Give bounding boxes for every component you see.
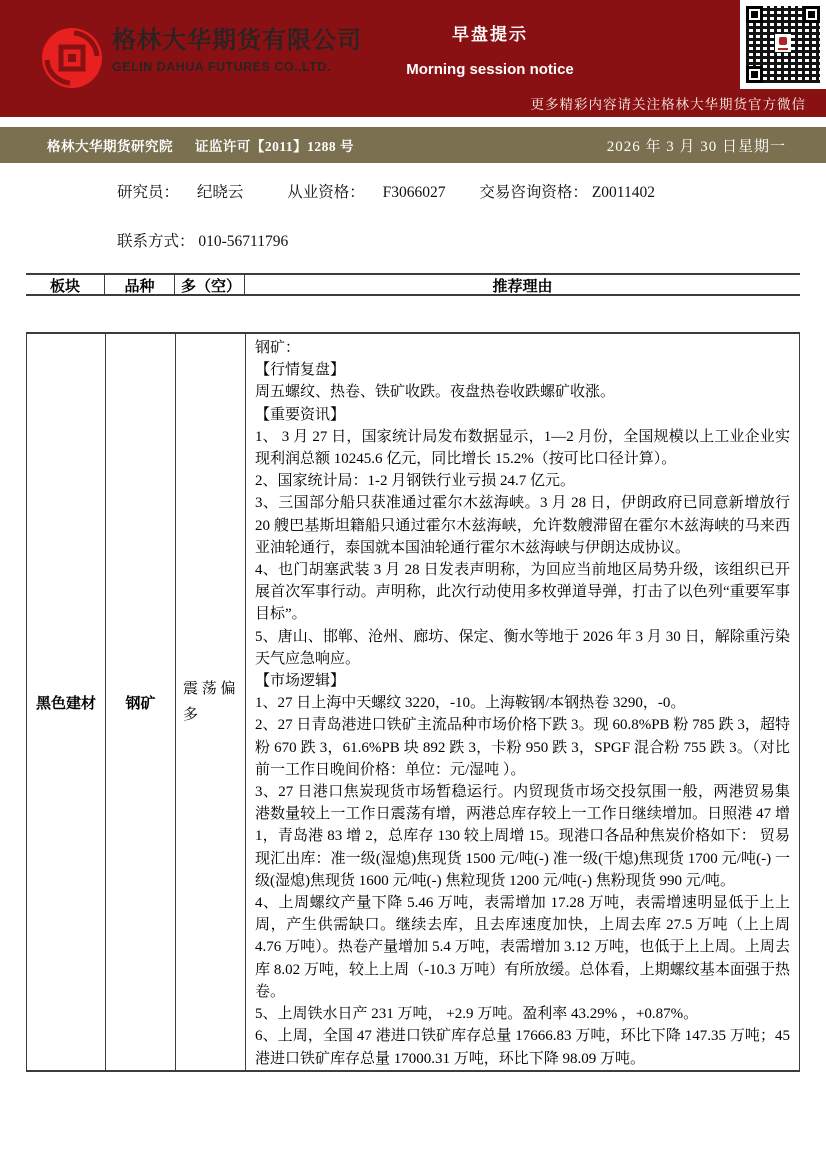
reason-paragraph: 2、国家统计局：1-2 月钢铁行业亏损 24.7 亿元。 (255, 470, 790, 492)
position-cell: 震 荡 偏 多 (176, 334, 246, 1070)
report-date: 2026 年 3 月 30 日星期一 (607, 135, 826, 156)
advisory-label: 交易咨询资格： (479, 180, 588, 202)
contact-row: 联系方式： 010-56711796 (117, 229, 655, 251)
qualification-label: 从业资格： (287, 180, 365, 202)
company-name-en: GELIN DAHUA FUTURES CO.,LTD. (112, 59, 362, 75)
reason-paragraph: 钢矿： (255, 337, 790, 359)
reason-paragraph: 1、 3 月 27 日，国家统计局发布数据显示，1—2 月份，全国规模以上工业企… (255, 426, 790, 470)
reason-paragraph: 【重要资讯】 (255, 404, 790, 426)
reason-paragraph: 4、上周螺纹产量下降 5.46 万吨，表需增加 17.28 万吨，表需增速明显低… (255, 892, 790, 1003)
company-name-cn: 格林大华期货有限公司 (112, 26, 362, 56)
reason-paragraph: 【市场逻辑】 (255, 670, 790, 692)
column-header-reason: 推荐理由 (245, 275, 800, 296)
table-row: 黑色建材 钢矿 震 荡 偏 多 钢矿： 【行情复盘】 周五螺纹、热卷、铁矿收跌。… (26, 332, 800, 1072)
institute-name: 格林大华期货研究院 (47, 139, 173, 154)
researcher-label: 研究员： (117, 180, 179, 202)
reason-paragraph: 1、27 日上海中天螺纹 3220，-10。上海鞍钢/本钢热卷 3290，-0。 (255, 692, 790, 714)
advisory-number: Z0011402 (592, 184, 655, 202)
qualification-number: F3066027 (383, 184, 446, 202)
table-header-row: 板块 品种 多（空） 推荐理由 (26, 273, 800, 296)
institute-and-license: 格林大华期货研究院 证监许可【2011】1288 号 (0, 135, 354, 155)
reason-paragraph: 3、27 日港口焦炭现货市场暂稳运行。内贸现货市场交投氛围一般，两港贸易集港数量… (255, 781, 790, 892)
contact-label: 联系方式： (117, 233, 195, 250)
reason-cell: 钢矿： 【行情复盘】 周五螺纹、热卷、铁矿收跌。夜盘热卷收跌螺矿收涨。 【重要资… (246, 334, 799, 1070)
wechat-qr-code (740, 0, 826, 89)
column-header-variety: 品种 (105, 275, 175, 296)
qr-center-logo-icon (775, 34, 791, 52)
notice-title: 早盘提示 Morning session notice (385, 20, 595, 78)
qr-finder-icon (746, 66, 763, 83)
reason-paragraph: 5、上周铁水日产 231 万吨， +2.9 万吨。盈利率 43.29% ，+0.… (255, 1003, 790, 1025)
reason-paragraph: 6、上周，全国 47 港进口铁矿库存总量 17666.83 万吨，环比下降 14… (255, 1025, 790, 1069)
reason-paragraph: 周五螺纹、热卷、铁矿收跌。夜盘热卷收跌螺矿收涨。 (255, 381, 790, 403)
qr-finder-icon (803, 6, 820, 23)
researcher-info: 研究员： 纪晓云 从业资格： F3066027 交易咨询资格： Z0011402… (117, 180, 655, 251)
reason-paragraph: 5、唐山、邯郸、沧州、廊坊、保定、衡水等地于 2026 年 3 月 30 日，解… (255, 626, 790, 670)
variety-cell: 钢矿 (106, 334, 176, 1070)
company-names: 格林大华期货有限公司 GELIN DAHUA FUTURES CO.,LTD. (112, 26, 362, 75)
researcher-name: 纪晓云 (197, 180, 244, 202)
notice-title-cn: 早盘提示 (385, 20, 595, 45)
researcher-row: 研究员： 纪晓云 从业资格： F3066027 交易咨询资格： Z0011402 (117, 180, 655, 202)
column-header-position: 多（空） (175, 275, 245, 296)
reason-paragraph: 2、27 日青岛港进口铁矿主流品种市场价格下跌 3。现 60.8%PB 粉 78… (255, 714, 790, 781)
qr-finder-icon (746, 6, 763, 23)
contact-phone: 010-56711796 (198, 233, 288, 250)
column-header-sector: 板块 (26, 275, 105, 296)
notice-title-en: Morning session notice (385, 61, 595, 78)
company-logo-icon (40, 26, 104, 90)
institute-bar: 格林大华期货研究院 证监许可【2011】1288 号 2026 年 3 月 30… (0, 127, 826, 163)
reason-paragraph: 【行情复盘】 (255, 359, 790, 381)
license-number: 证监许可【2011】1288 号 (195, 139, 354, 154)
reason-paragraph: 4、也门胡塞武装 3 月 28 日发表声明称，为回应当前地区局势升级，该组织已开… (255, 559, 790, 626)
reason-paragraph: 3、三国部分船只获准通过霍尔木兹海峡。3 月 28 日，伊朗政府已同意新增放行 … (255, 492, 790, 559)
header-band: 格林大华期货有限公司 GELIN DAHUA FUTURES CO.,LTD. … (0, 0, 826, 117)
sector-cell: 黑色建材 (27, 334, 106, 1070)
wechat-tagline: 更多精彩内容请关注格林大华期货官方微信 (531, 93, 807, 113)
